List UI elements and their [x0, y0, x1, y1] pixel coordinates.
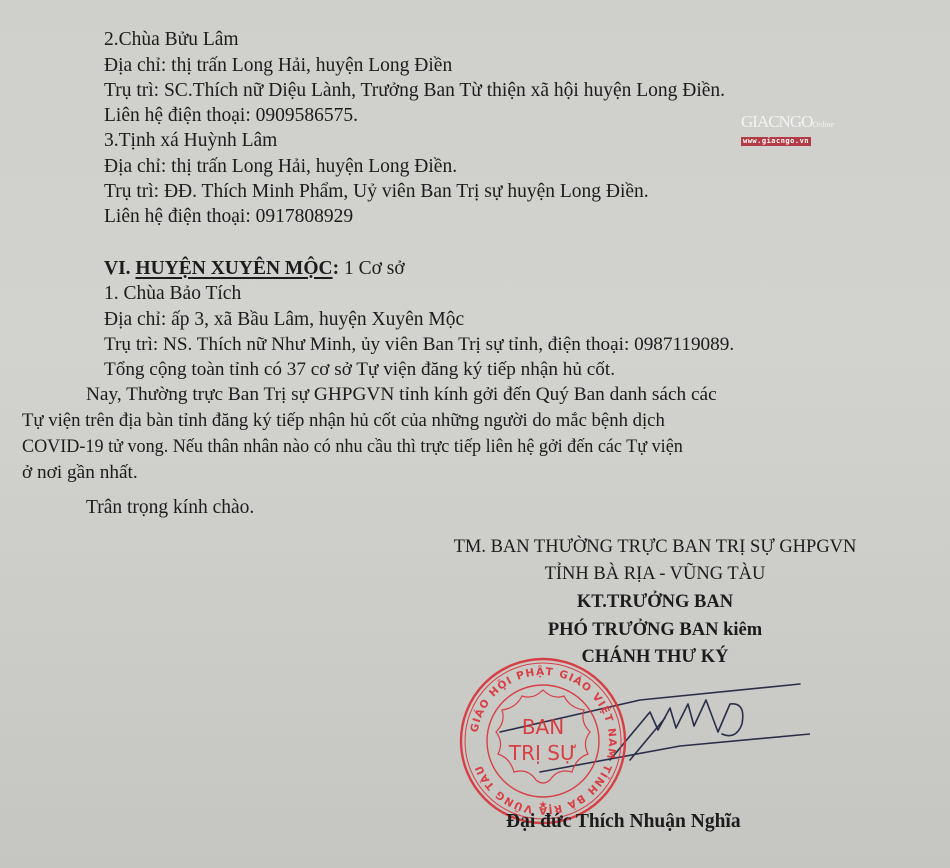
- entry-title: 1. Chùa Bảo Tích: [104, 284, 241, 304]
- sig-org-line: TM. BAN THƯỜNG TRỰC BAN TRỊ SỰ GHPGVN: [412, 538, 898, 557]
- svg-text:★: ★: [539, 800, 548, 811]
- closing-paragraph-line: Tự viện trên địa bàn tỉnh đăng ký tiếp n…: [22, 411, 665, 430]
- official-red-stamp: GIÁO HỘI PHẬT GIÁO VIỆT NAM TỈNH BÀ RỊA …: [458, 656, 628, 826]
- watermark-url: www.giacngo.vn: [741, 137, 811, 146]
- sig-position-line: PHÓ TRƯỞNG BAN kiêm: [412, 621, 898, 640]
- entry-address: Địa chỉ: thị trấn Long Hải, huyện Long Đ…: [104, 56, 452, 76]
- greeting: Trân trọng kính chào.: [86, 498, 254, 518]
- entry-title: 3.Tịnh xá Huỳnh Lâm: [104, 131, 277, 151]
- section-count: 1 Cơ sở: [339, 258, 405, 279]
- giacngo-watermark: GIACNGOOnline www.giacngo.vn: [741, 113, 831, 148]
- entry-address: Địa chỉ: ấp 3, xã Bầu Lâm, huyện Xuyên M…: [104, 310, 464, 330]
- entry-abbot: Trụ trì: SC.Thích nữ Diệu Lành, Trưởng B…: [104, 81, 725, 101]
- entry-address: Địa chỉ: thị trấn Long Hải, huyện Long Đ…: [104, 157, 457, 177]
- sig-province-line: TỈNH BÀ RỊA - VŨNG TÀU: [412, 565, 898, 584]
- scanned-document-page: 2.Chùa Bửu Lâm Địa chỉ: thị trấn Long Hả…: [0, 0, 950, 868]
- total-summary: Tổng cộng toàn tỉnh có 37 cơ sở Tự viện …: [104, 360, 615, 379]
- entry-title: 2.Chùa Bửu Lâm: [104, 30, 239, 50]
- entry-abbot: Trụ trì: NS. Thích nữ Như Minh, ủy viên …: [104, 335, 734, 354]
- section-district-name: HUYỆN XUYÊN MỘC: [135, 258, 332, 279]
- entry-phone: Liên hệ điện thoại: 0917808929: [104, 207, 353, 227]
- closing-paragraph-line: ở nơi gần nhất.: [22, 463, 138, 482]
- signer-name: Đại đức Thích Nhuận Nghĩa: [506, 812, 741, 832]
- sig-title-line: KT.TRƯỞNG BAN: [412, 593, 898, 612]
- entry-abbot: Trụ trì: ĐĐ. Thích Minh Phẩm, Uỷ viên Ba…: [104, 182, 649, 202]
- closing-paragraph-line: COVID-19 tử vong. Nếu thân nhân nào có n…: [22, 437, 683, 456]
- stamp-center-bottom: TRỊ SỰ: [508, 741, 577, 765]
- closing-paragraph-line: Nay, Thường trực Ban Trị sự GHPGVN tỉnh …: [86, 385, 717, 404]
- section-heading: VI. HUYỆN XUYÊN MỘC: 1 Cơ sở: [104, 259, 405, 279]
- stamp-center-top: BAN: [522, 715, 564, 739]
- entry-phone: Liên hệ điện thoại: 0909586575.: [104, 106, 358, 126]
- watermark-title: GIACNGOOnline: [741, 113, 831, 130]
